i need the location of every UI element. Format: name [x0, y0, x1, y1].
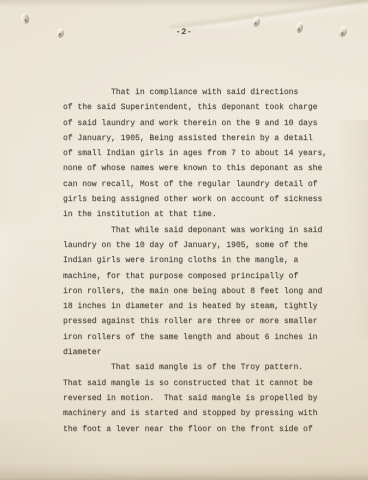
typewritten-line: That said mangle is so constructed that …	[63, 376, 338, 391]
typewritten-text-block: That in compliance with said directions …	[63, 85, 338, 437]
fastener-emboss-mark	[19, 12, 31, 25]
typewritten-line: diameter	[63, 345, 338, 360]
typewritten-line: of said laundry and work therein on the …	[63, 116, 338, 131]
typewritten-line: laundry on the 10 day of January, 1905, …	[63, 238, 338, 253]
page-number: -2-	[0, 27, 368, 37]
typewritten-line: Indian girls were ironing cloths in the …	[63, 253, 338, 268]
typewritten-line: none of whose names were known to this d…	[63, 161, 338, 176]
paper-crease	[0, 225, 64, 355]
typewritten-line: machine, for that purpose composed princ…	[63, 269, 338, 284]
typewritten-line: iron rollers of the same length and abou…	[63, 330, 338, 345]
typewritten-line: pressed against this roller are three or…	[63, 314, 338, 329]
typewritten-line: That in compliance with said directions	[63, 85, 338, 100]
paper-crease	[338, 120, 368, 340]
scanned-page: -2- That in compliance with said directi…	[0, 0, 368, 480]
typewritten-line: girls being assigned other work on accou…	[63, 192, 338, 207]
fastener-emboss-mark	[252, 15, 261, 27]
typewritten-line: in the institution at that time.	[63, 207, 338, 222]
typewritten-line: That while said deponant was working in …	[63, 223, 338, 238]
typewritten-line: of January, 1905, Being assisted therein…	[63, 131, 338, 146]
typewritten-line: 18 inches in diameter and is heated by s…	[63, 299, 338, 314]
typewritten-line: reversed in motion. That said mangle is …	[63, 391, 338, 406]
typewritten-line: That said mangle is of the Troy pattern.	[63, 360, 338, 375]
typewritten-line: of the said Superintendent, this deponan…	[63, 100, 338, 115]
typewritten-line: iron rollers, the main one being about 8…	[63, 284, 338, 299]
typewritten-line: machinery and is started and stopped by …	[63, 406, 338, 421]
paper-crease	[170, 0, 368, 28]
typewritten-line: of small Indian girls in ages from 7 to …	[63, 146, 338, 161]
typewritten-line: can now recall, Most of the regular laun…	[63, 177, 338, 192]
typewritten-line: the foot a lever near the floor on the f…	[63, 422, 338, 437]
